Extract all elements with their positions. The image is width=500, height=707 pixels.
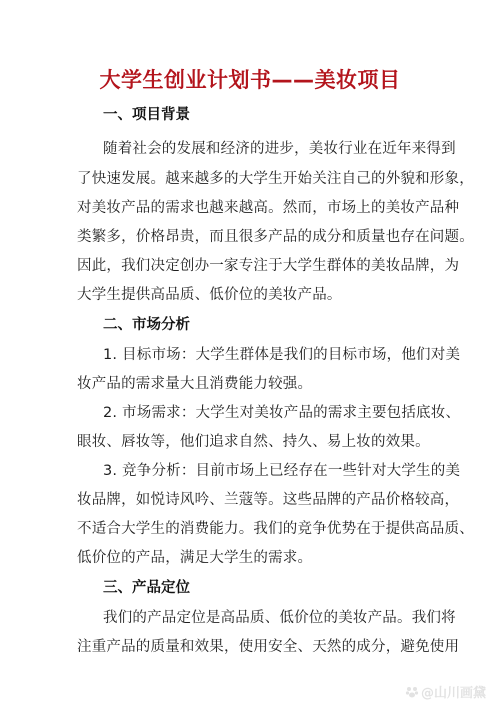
paragraph-line: 大学生提供高品质、低价位的美妆产品。 [77, 283, 342, 304]
list-item-line: 3. 竞争分析：目前市场上已经存在一些针对大学生的美 [103, 459, 460, 480]
list-item-line: 2. 市场需求：大学生对美妆产品的需求主要包括底妆、 [103, 401, 460, 422]
paragraph-line: 对美妆产品的需求也越来越高。然而，市场上的美妆产品种 [77, 196, 459, 217]
section-heading-market: 二、市场分析 [103, 313, 190, 334]
list-item-line: 不适合大学生的消费能力。我们的竞争优势在于提供高品质、 [77, 517, 474, 538]
paragraph-line: 随着社会的发展和经济的进步，美妆行业在近年来得到 [103, 137, 456, 158]
paragraph-line: 注重产品的质量和效果，使用安全、天然的成分，避免使用 [77, 635, 459, 656]
list-item-line: 妆品牌，如悦诗风吟、兰蔻等。这些品牌的产品价格较高， [77, 488, 459, 509]
paragraph-line: 了快速发展。越来越多的大学生开始关注自己的外貌和形象， [77, 167, 474, 188]
paw-icon [405, 685, 419, 699]
document-page: 大学生创业计划书——美妆项目 一、项目背景 随着社会的发展和经济的进步，美妆行业… [0, 0, 500, 707]
section-heading-background: 一、项目背景 [103, 103, 190, 124]
paragraph-line: 我们的产品定位是高品质、低价位的美妆产品。我们将 [103, 606, 456, 627]
paragraph-line: 类繁多，价格昂贵，而且很多产品的成分和质量也存在问题。 [77, 225, 474, 246]
list-item-line: 眼妆、唇妆等，他们追求自然、持久、易上妆的效果。 [77, 430, 430, 451]
list-item-line: 1. 目标市场：大学生群体是我们的目标市场，他们对美 [103, 343, 460, 364]
section-heading-positioning: 三、产品定位 [103, 576, 190, 597]
paragraph-line: 因此，我们决定创办一家专注于大学生群体的美妆品牌，为 [77, 254, 459, 275]
list-item-line: 低价位的产品，满足大学生的需求。 [77, 546, 312, 567]
watermark-text: @山川画黛 [421, 682, 486, 701]
watermark: @山川画黛 [405, 682, 486, 701]
list-item-line: 妆产品的需求量大且消费能力较强。 [77, 372, 312, 393]
document-title: 大学生创业计划书——美妆项目 [0, 64, 500, 94]
